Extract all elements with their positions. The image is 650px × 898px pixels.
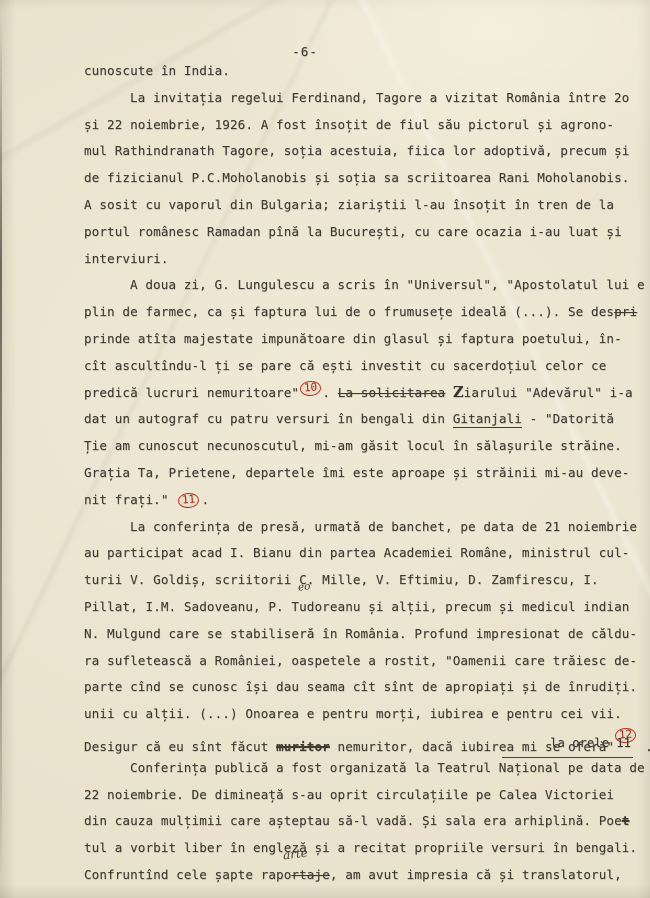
- text-line: N. Mulgund care se stabiliseră în Români…: [84, 621, 646, 648]
- footnote-ref-10: 10: [300, 380, 322, 396]
- text-line: 22 noiembrie. De dimineață s-au oprit ci…: [84, 782, 646, 809]
- text-line: Grația Ta, Prietene, departele îmi este …: [84, 460, 646, 487]
- text-line: din cauza mulțimii care așteptau să-l va…: [84, 808, 646, 835]
- text-line: prinde atîta majestate impunătoare din g…: [84, 326, 646, 353]
- text-line: de fizicianul P.C.Moholanobis și soția s…: [84, 165, 646, 192]
- text-line: și 22 noiembrie, 1926. A fost însoțit de…: [84, 112, 646, 139]
- text-line: ra sufletească a României, oaspetele a r…: [84, 648, 646, 675]
- text-line: turii V. Goldiș, scriitorii C. Mille, V.…: [84, 567, 646, 594]
- text-line: interviuri.: [84, 246, 646, 273]
- document-page: -6- cunoscute în India.La invitația rege…: [0, 0, 650, 898]
- text-line: parte cînd se cunosc își dau seama cît s…: [84, 674, 646, 701]
- text-line: plin de farmec, ca și faptura lui de o f…: [84, 299, 646, 326]
- text-line: Confruntînd cele șapte rapoartertaje, am…: [84, 862, 646, 889]
- text-line: Ție am cunoscut necunoscutul, mi-am găsi…: [84, 433, 646, 460]
- underlined-title-gitanjali: Gitanjali: [453, 411, 522, 428]
- handwritten-capital-z: Z: [453, 384, 464, 401]
- text-line: mul Rathindranath Tagore, soția acestuia…: [84, 138, 646, 165]
- text-line: La conferința de presă, urmată de banche…: [84, 514, 646, 541]
- text-line: cît ascultîndu-l ți se pare că ești inve…: [84, 353, 646, 380]
- text-line: dat un autograf cu patru versuri în beng…: [84, 406, 646, 433]
- insertion-la-orele-11: la orele 11: [502, 730, 633, 758]
- correction-arte: arte: [282, 840, 310, 870]
- text-line: A doua zi, G. Lungulescu a scris în "Uni…: [84, 272, 646, 299]
- text-line: portul românesc Ramadan pînă la Bucureșt…: [84, 219, 646, 246]
- text-line: cunoscute în India.: [84, 58, 646, 85]
- text-line: Pillat, I.M. Sadoveanu, P. Teoudoreanu ș…: [84, 594, 646, 621]
- text-line: La invitația regelui Ferdinand, Tagore a…: [84, 85, 646, 112]
- typescript-body: cunoscute în India.La invitația regelui …: [84, 58, 646, 889]
- text-line: au participat acad I. Bianu din partea A…: [84, 540, 646, 567]
- page-number: -6-: [0, 44, 630, 59]
- text-line: unii cu alții. (...) Onoarea e pentru mo…: [84, 701, 646, 728]
- text-line: tul a vorbit liber în engleză și a recit…: [84, 835, 646, 862]
- text-line: predică lucruri nemuritoare"10. La solic…: [84, 380, 646, 407]
- text-line: Conferința publică a fost organizată la …: [84, 755, 646, 782]
- footnote-ref-11: 11: [178, 492, 200, 508]
- text-line: A sosit cu vaporul din Bulgaria; ziarișt…: [84, 192, 646, 219]
- text-line: nit frați." 11.: [84, 487, 646, 514]
